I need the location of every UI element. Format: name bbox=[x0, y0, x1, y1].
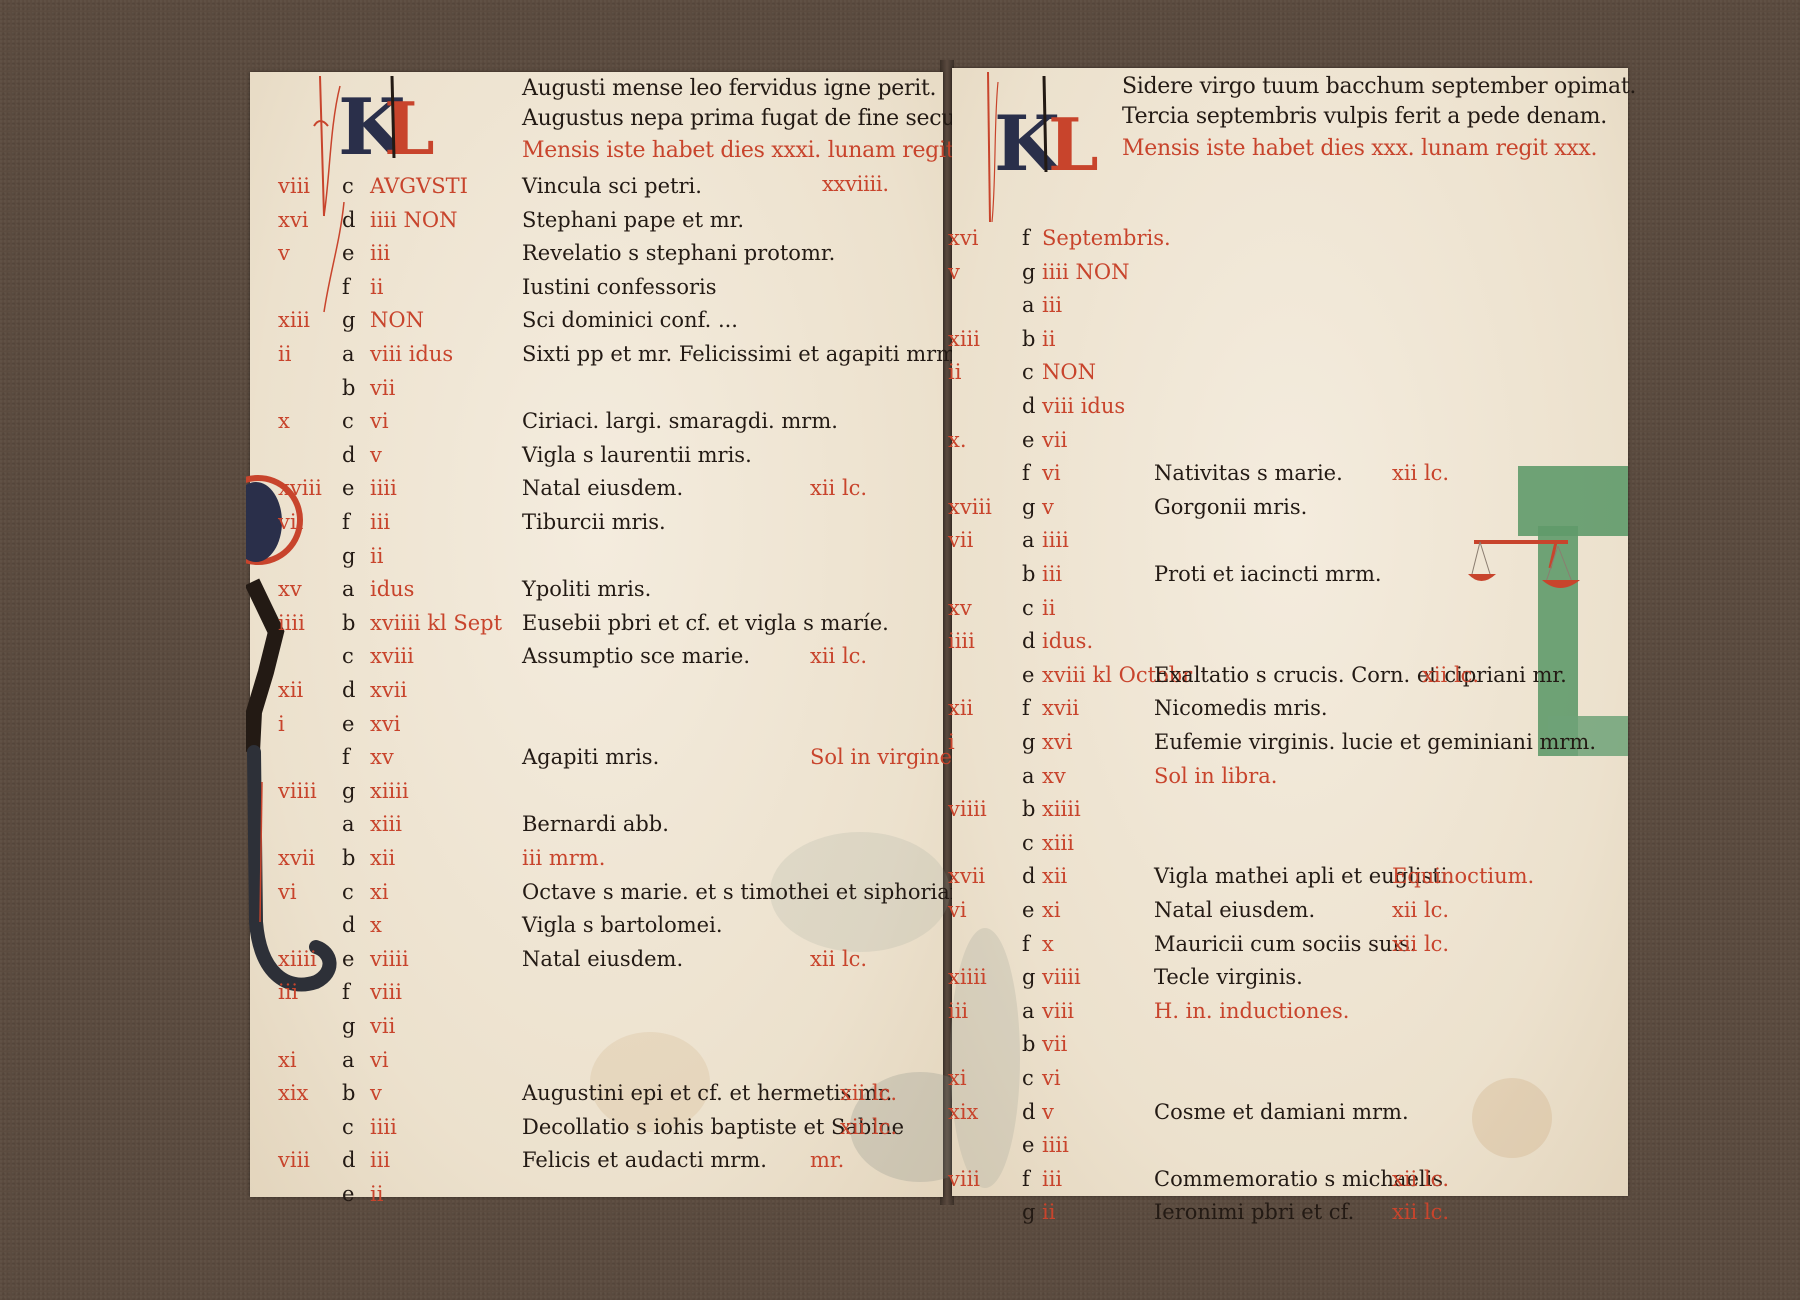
rubric-note: iii mrm. bbox=[522, 848, 605, 869]
dominical-letter: f bbox=[342, 982, 350, 1003]
dominical-letter: e bbox=[1022, 900, 1034, 921]
dominical-letter: d bbox=[342, 210, 355, 231]
rubric-note: Equinoctium. bbox=[1392, 866, 1534, 887]
calendar-row: axiiiBernardi abb. bbox=[250, 814, 943, 844]
dominical-letter: d bbox=[1022, 631, 1035, 652]
feast-text: Eufemie virginis. lucie et geminiani mrm… bbox=[1154, 732, 1596, 753]
roman-date: viiii bbox=[1042, 967, 1081, 988]
rubric-note: xii lc. bbox=[1392, 463, 1449, 484]
roman-date: viii bbox=[370, 982, 402, 1003]
roman-date: iiii NON bbox=[370, 210, 458, 231]
feast-text: Cosme et damiani mrm. bbox=[1154, 1102, 1409, 1123]
dominical-letter: a bbox=[342, 344, 355, 365]
dominical-letter: e bbox=[1022, 430, 1034, 451]
calendar-row: iiiibxviiii kl SeptEusebii pbri et cf. e… bbox=[250, 613, 943, 643]
feast-text: Nativitas s marie. bbox=[1154, 463, 1343, 484]
month-rubric: Mensis iste habet dies xxx. lunam regit … bbox=[1122, 138, 1597, 160]
roman-date: xviii bbox=[370, 646, 414, 667]
golden-number: xv bbox=[278, 579, 302, 600]
roman-date: ii bbox=[370, 277, 383, 298]
calendar-row: gii bbox=[250, 546, 943, 576]
dominical-letter: g bbox=[342, 310, 355, 331]
dominical-letter: c bbox=[1022, 598, 1034, 619]
calendar-row: viiidiiiFelicis et audacti mrm.mr. bbox=[250, 1150, 943, 1180]
dominical-letter: f bbox=[1022, 698, 1030, 719]
dominical-letter: b bbox=[342, 848, 355, 869]
dominical-letter: d bbox=[342, 915, 355, 936]
feast-text: Natal eiusdem. bbox=[1154, 900, 1315, 921]
calendar-row: aiii bbox=[952, 295, 1628, 325]
feast-text: Natal eiusdem. bbox=[522, 478, 683, 499]
dominical-letter: d bbox=[342, 1150, 355, 1171]
dominical-letter: e bbox=[342, 243, 354, 264]
rubric-note: xii lc. bbox=[1392, 1202, 1449, 1223]
dominical-letter: e bbox=[342, 714, 354, 735]
calendar-row: igxviEufemie virginis. lucie et geminian… bbox=[952, 732, 1628, 762]
calendar-row: xviidxiiVigla mathei apli et euglisti.Eq… bbox=[952, 866, 1628, 896]
dominical-letter: g bbox=[1022, 262, 1035, 283]
golden-number: vi bbox=[278, 882, 297, 903]
golden-number: xvii bbox=[278, 848, 315, 869]
calendar-row: iiiididus. bbox=[952, 631, 1628, 661]
roman-date: iiii NON bbox=[1042, 262, 1130, 283]
rubric-note: xii lc. bbox=[1392, 934, 1449, 955]
month-rubric: Mensis iste habet dies xxxi. lunam regit bbox=[522, 140, 954, 162]
dominical-letter: c bbox=[342, 1117, 354, 1138]
dominical-letter: d bbox=[1022, 866, 1035, 887]
golden-number: viii bbox=[948, 1169, 980, 1190]
feast-text: Mauricii cum sociis suis. bbox=[1154, 934, 1417, 955]
golden-number: xix bbox=[948, 1102, 978, 1123]
feast-text: Nicomedis mris. bbox=[1154, 698, 1328, 719]
roman-date: iiii bbox=[1042, 1135, 1069, 1156]
roman-date: xiiii bbox=[370, 781, 409, 802]
calendar-row: xixbvAugustini epi et cf. et hermetis mr… bbox=[250, 1083, 943, 1113]
golden-number: v bbox=[948, 262, 960, 283]
roman-date: xvii bbox=[1042, 698, 1079, 719]
dominical-letter: b bbox=[342, 378, 355, 399]
dominical-letter: f bbox=[342, 277, 350, 298]
feast-text: Vincula sci petri. bbox=[522, 176, 702, 197]
rubric-note: xii lc. bbox=[1422, 665, 1479, 686]
calendar-row: xviibxiiiii mrm. bbox=[250, 848, 943, 878]
roman-date: xviiii kl Sept bbox=[370, 613, 502, 634]
dominical-letter: a bbox=[342, 1050, 355, 1071]
calendar-row: ciiiiDecollatio s iohis baptiste et Sabi… bbox=[250, 1117, 943, 1147]
calendar-row: iexvi bbox=[250, 714, 943, 744]
golden-number: i bbox=[948, 732, 955, 753]
roman-date: v bbox=[1042, 497, 1054, 518]
feast-text: Exaltatio s crucis. Corn. et cipriani mr… bbox=[1154, 665, 1567, 686]
dominical-letter: c bbox=[342, 646, 354, 667]
roman-date: NON bbox=[370, 310, 424, 331]
golden-number: vii bbox=[278, 512, 303, 533]
feast-text: Tecle virginis. bbox=[1154, 967, 1303, 988]
rubric-note: xii lc. bbox=[1392, 1169, 1449, 1190]
feast-text: Gorgonii mris. bbox=[1154, 497, 1307, 518]
calendar-row: x.evii bbox=[952, 430, 1628, 460]
feast-text: Felicis et audacti mrm. bbox=[522, 1150, 767, 1171]
feast-text: Vigla s laurentii mris. bbox=[522, 445, 752, 466]
feast-text: Tiburcii mris. bbox=[522, 512, 666, 533]
calendar-row: fviNativitas s marie.xii lc. bbox=[952, 463, 1628, 493]
golden-number: xix bbox=[278, 1083, 308, 1104]
dominical-letter: a bbox=[1022, 766, 1035, 787]
calendar-row: eii bbox=[250, 1184, 943, 1214]
feast-text: Vigla s bartolomei. bbox=[522, 915, 723, 936]
calendar-row: xvifSeptembris. bbox=[952, 228, 1628, 258]
roman-date: viii idus bbox=[1042, 396, 1125, 417]
roman-date: xii bbox=[370, 848, 395, 869]
roman-date: xi bbox=[1042, 900, 1061, 921]
roman-date: iii bbox=[370, 243, 390, 264]
golden-number: iii bbox=[278, 982, 298, 1003]
roman-date: vi bbox=[370, 411, 389, 432]
calendar-row: xiavi bbox=[250, 1050, 943, 1080]
golden-number: xiiii bbox=[948, 967, 987, 988]
roman-date: v bbox=[1042, 1102, 1054, 1123]
roman-date: x bbox=[1042, 934, 1054, 955]
calendar-row: vicxiOctave s marie. et s timothei et si… bbox=[250, 882, 943, 912]
dominical-letter: g bbox=[342, 546, 355, 567]
dominical-letter: e bbox=[342, 949, 354, 970]
calendar-row: biiiProti et iacincti mrm. bbox=[952, 564, 1628, 594]
dominical-letter: f bbox=[342, 512, 350, 533]
dominical-letter: g bbox=[1022, 967, 1035, 988]
dominical-letter: f bbox=[1022, 463, 1030, 484]
dominical-letter: e bbox=[1022, 1135, 1034, 1156]
dominical-letter: a bbox=[342, 579, 355, 600]
golden-number: i bbox=[278, 714, 285, 735]
dominical-letter: g bbox=[342, 1016, 355, 1037]
golden-number: xviii bbox=[278, 478, 322, 499]
rubric-note: mr. bbox=[810, 1150, 844, 1171]
golden-number: x. bbox=[948, 430, 967, 451]
golden-number: vii bbox=[948, 530, 973, 551]
calendar-row: viifiiiTiburcii mris. bbox=[250, 512, 943, 542]
roman-date: xvii bbox=[370, 680, 407, 701]
roman-date: xiiii bbox=[1042, 799, 1081, 820]
calendar-row: dxVigla s bartolomei. bbox=[250, 915, 943, 945]
calendar-row: xvidiiii NONStephani pape et mr. bbox=[250, 210, 943, 240]
feast-text: Augustini epi et cf. et hermetis mr. bbox=[522, 1083, 892, 1104]
calendar-row: dviii idus bbox=[952, 396, 1628, 426]
feast-text: Assumptio sce marie. bbox=[522, 646, 750, 667]
dominical-letter: f bbox=[1022, 228, 1030, 249]
calendar-row: fiiIustini confessoris bbox=[250, 277, 943, 307]
golden-number: xviii bbox=[948, 497, 992, 518]
dominical-letter: e bbox=[342, 478, 354, 499]
rubric-note: xii lc. bbox=[810, 949, 867, 970]
dominical-letter: c bbox=[1022, 833, 1034, 854]
golden-number: xv bbox=[948, 598, 972, 619]
feast-text: Iustini confessoris bbox=[522, 277, 717, 298]
dominical-letter: g bbox=[342, 781, 355, 802]
right-page-september: K L Sidere virgo tuum bacchum september … bbox=[952, 68, 1628, 1196]
golden-number: xvi bbox=[948, 228, 978, 249]
dominical-letter: d bbox=[342, 445, 355, 466]
roman-date: xiii bbox=[1042, 833, 1074, 854]
dominical-letter: a bbox=[1022, 1001, 1035, 1022]
rubric-note: Sol in libra. bbox=[1154, 766, 1277, 787]
dominical-letter: d bbox=[1022, 1102, 1035, 1123]
feast-text: Agapiti mris. bbox=[522, 747, 659, 768]
dominical-letter: g bbox=[1022, 1202, 1035, 1223]
rubric-note: Sol in virgine. bbox=[810, 747, 959, 768]
golden-number: ii bbox=[948, 362, 961, 383]
golden-number: xii bbox=[948, 698, 973, 719]
rubric-note: xii lc. bbox=[810, 646, 867, 667]
calendar-row: iiaviii idusSixti pp et mr. Felicissimi … bbox=[250, 344, 943, 374]
calendar-row: viiiigxiiii bbox=[250, 781, 943, 811]
roman-date: vi bbox=[370, 1050, 389, 1071]
rubric-note: xii lc. bbox=[840, 1083, 897, 1104]
dominical-letter: g bbox=[1022, 497, 1035, 518]
golden-number: xii bbox=[278, 680, 303, 701]
dominical-letter: b bbox=[1022, 329, 1035, 350]
calendar-row: iicNON bbox=[952, 362, 1628, 392]
dominical-letter: e bbox=[342, 1184, 354, 1205]
calendar-row: xiiibii bbox=[952, 329, 1628, 359]
roman-date: idus bbox=[370, 579, 414, 600]
verse-line-1: Augusti mense leo fervidus igne perit. bbox=[522, 78, 936, 100]
calendar-row: cxiii bbox=[952, 833, 1628, 863]
calendar-row: viexiNatal eiusdem.xii lc. bbox=[952, 900, 1628, 930]
roman-date: xvi bbox=[1042, 732, 1072, 753]
roman-date: viiii bbox=[370, 949, 409, 970]
dominical-letter: b bbox=[1022, 799, 1035, 820]
calendar-row: xviiieiiiiNatal eiusdem.xii lc. bbox=[250, 478, 943, 508]
calendar-row: viiicAVGVSTIVincula sci petri. bbox=[250, 176, 943, 206]
feast-text: Proti et iacincti mrm. bbox=[1154, 564, 1382, 585]
roman-date: v bbox=[370, 445, 382, 466]
svg-text:L: L bbox=[1048, 102, 1099, 187]
golden-number: viiii bbox=[278, 781, 317, 802]
calendar-row: fxMauricii cum sociis suis.xii lc. bbox=[952, 934, 1628, 964]
dominical-letter: f bbox=[1022, 1169, 1030, 1190]
calendar-row: xcviCiriaci. largi. smaragdi. mrm. bbox=[250, 411, 943, 441]
calendar-row: iiiaviiiH. in. inductiones. bbox=[952, 1001, 1628, 1031]
feast-text: Eusebii pbri et cf. et vigla s maríe. bbox=[522, 613, 889, 634]
roman-date: iii bbox=[370, 1150, 390, 1171]
calendar-row: xvcii bbox=[952, 598, 1628, 628]
kl-initial-icon: K L bbox=[982, 62, 1122, 232]
calendar-row: iiifviii bbox=[250, 982, 943, 1012]
calendar-row: veiiiRevelatio s stephani protomr. bbox=[250, 243, 943, 273]
feast-text: Bernardi abb. bbox=[522, 814, 669, 835]
calendar-row: fxvAgapiti mris.Sol in virgine. bbox=[250, 747, 943, 777]
roman-date: v bbox=[370, 1083, 382, 1104]
golden-number: v bbox=[278, 243, 290, 264]
roman-date: ii bbox=[1042, 598, 1055, 619]
calendar-row: cxviiiAssumptio sce marie.xii lc. bbox=[250, 646, 943, 676]
calendar-row: bvii bbox=[952, 1034, 1628, 1064]
golden-number: iiii bbox=[278, 613, 305, 634]
dominical-letter: d bbox=[1022, 396, 1035, 417]
golden-number: viiii bbox=[948, 799, 987, 820]
calendar-row: xicvi bbox=[952, 1068, 1628, 1098]
roman-date: iii bbox=[370, 512, 390, 533]
calendar-row: dvVigla s laurentii mris. bbox=[250, 445, 943, 475]
roman-date: iii bbox=[1042, 1169, 1062, 1190]
dominical-letter: d bbox=[342, 680, 355, 701]
roman-date: vii bbox=[1042, 430, 1067, 451]
feast-text: Sixti pp et mr. Felicissimi et agapiti m… bbox=[522, 344, 963, 365]
dominical-letter: f bbox=[342, 747, 350, 768]
calendar-row: xiiiieviiiiNatal eiusdem.xii lc. bbox=[250, 949, 943, 979]
golden-number: xiii bbox=[948, 329, 980, 350]
feast-text: Ciriaci. largi. smaragdi. mrm. bbox=[522, 411, 838, 432]
golden-number: iiii bbox=[948, 631, 975, 652]
roman-date: AVGVSTI bbox=[370, 176, 468, 197]
roman-date: xii bbox=[1042, 866, 1067, 887]
roman-date: iii bbox=[1042, 564, 1062, 585]
golden-number: xi bbox=[278, 1050, 297, 1071]
roman-date: ii bbox=[1042, 329, 1055, 350]
calendar-row: xiiigNONSci dominici conf. ... bbox=[250, 310, 943, 340]
dominical-letter: e bbox=[1022, 665, 1034, 686]
roman-date: ii bbox=[370, 546, 383, 567]
golden-number: ii bbox=[278, 344, 291, 365]
dominical-letter: c bbox=[1022, 1068, 1034, 1089]
calendar-row: eiiii bbox=[952, 1135, 1628, 1165]
feast-text: Ieronimi pbri et cf. bbox=[1154, 1202, 1354, 1223]
feast-text: Revelatio s stephani protomr. bbox=[522, 243, 835, 264]
roman-date: ii bbox=[370, 1184, 383, 1205]
feast-text: Octave s marie. et s timothei et siphori… bbox=[522, 882, 970, 903]
roman-date: x bbox=[370, 915, 382, 936]
calendar-row: axvSol in libra. bbox=[952, 766, 1628, 796]
roman-date: xiii bbox=[370, 814, 402, 835]
rubric-note: xii lc. bbox=[1392, 900, 1449, 921]
dominical-letter: c bbox=[1022, 362, 1034, 383]
rubric-note: H. in. inductiones. bbox=[1154, 1001, 1349, 1022]
roman-date: vi bbox=[1042, 1068, 1061, 1089]
roman-date: iiii bbox=[370, 1117, 397, 1138]
roman-date: xv bbox=[1042, 766, 1066, 787]
roman-date: xv bbox=[370, 747, 394, 768]
calendar-row: exviii kl OctobrExaltatio s crucis. Corn… bbox=[952, 665, 1628, 695]
golden-number: vi bbox=[948, 900, 967, 921]
calendar-row: xiiiigviiiiTecle virginis. bbox=[952, 967, 1628, 997]
dominical-letter: c bbox=[342, 411, 354, 432]
calendar-row: giiIeronimi pbri et cf.xii lc. bbox=[952, 1202, 1628, 1232]
verse-line-2: Tercia septembris vulpis ferit a pede de… bbox=[1122, 106, 1607, 128]
golden-number: xvii bbox=[948, 866, 985, 887]
roman-date: viii bbox=[1042, 1001, 1074, 1022]
dominical-letter: b bbox=[1022, 564, 1035, 585]
roman-date: xvi bbox=[370, 714, 400, 735]
golden-number: xi bbox=[948, 1068, 967, 1089]
roman-date: vii bbox=[370, 1016, 395, 1037]
roman-date: iiii bbox=[1042, 530, 1069, 551]
dominical-letter: a bbox=[1022, 295, 1035, 316]
roman-date: vi bbox=[1042, 463, 1061, 484]
calendar-row: gvii bbox=[250, 1016, 943, 1046]
roman-date: xi bbox=[370, 882, 389, 903]
calendar-row: viiaiiii bbox=[952, 530, 1628, 560]
roman-date: ii bbox=[1042, 1202, 1055, 1223]
feast-text: Ypoliti mris. bbox=[522, 579, 651, 600]
feast-text: Sci dominici conf. ... bbox=[522, 310, 738, 331]
dominical-letter: c bbox=[342, 882, 354, 903]
dominical-letter: b bbox=[342, 1083, 355, 1104]
roman-date: NON bbox=[1042, 362, 1096, 383]
calendar-row: xvaidusYpoliti mris. bbox=[250, 579, 943, 609]
roman-date: vii bbox=[1042, 1034, 1067, 1055]
golden-number: viii bbox=[278, 1150, 310, 1171]
golden-number: x bbox=[278, 411, 290, 432]
roman-date: viii idus bbox=[370, 344, 453, 365]
calendar-row: bvii bbox=[250, 378, 943, 408]
calendar-row: viiifiiiCommemoratio s michaelisxii lc. bbox=[952, 1169, 1628, 1199]
calendar-row: vgiiii NON bbox=[952, 262, 1628, 292]
rubric-note: xii lc. bbox=[810, 478, 867, 499]
dominical-letter: g bbox=[1022, 732, 1035, 753]
calendar-row: xiifxviiNicomedis mris. bbox=[952, 698, 1628, 728]
dominical-letter: f bbox=[1022, 934, 1030, 955]
dominical-letter: b bbox=[1022, 1034, 1035, 1055]
dominical-letter: a bbox=[1022, 530, 1035, 551]
dominical-letter: c bbox=[342, 176, 354, 197]
calendar-row: xiidxvii bbox=[250, 680, 943, 710]
golden-number: iii bbox=[948, 1001, 968, 1022]
calendar-row: viiiibxiiii bbox=[952, 799, 1628, 829]
dominical-letter: b bbox=[342, 613, 355, 634]
feast-text: Stephani pape et mr. bbox=[522, 210, 744, 231]
calendar-row: xixdvCosme et damiani mrm. bbox=[952, 1102, 1628, 1132]
calendar-row: xviiigvGorgonii mris. bbox=[952, 497, 1628, 527]
left-page-august: K L Augusti mense leo fervidus igne peri… bbox=[250, 72, 943, 1197]
verse-line-2: Augustus nepa prima fugat de fine secund… bbox=[522, 108, 1002, 130]
golden-number: viii bbox=[278, 176, 310, 197]
verse-line-1: Sidere virgo tuum bacchum september opim… bbox=[1122, 76, 1636, 98]
golden-number: xiiii bbox=[278, 949, 317, 970]
golden-number: xvi bbox=[278, 210, 308, 231]
golden-number: xiii bbox=[278, 310, 310, 331]
roman-date: vii bbox=[370, 378, 395, 399]
roman-date: Septembris. bbox=[1042, 228, 1171, 249]
roman-date: idus. bbox=[1042, 631, 1093, 652]
dominical-letter: a bbox=[342, 814, 355, 835]
rubric-note: xii lc. bbox=[840, 1117, 897, 1138]
feast-text: Natal eiusdem. bbox=[522, 949, 683, 970]
roman-date: iii bbox=[1042, 295, 1062, 316]
roman-date: iiii bbox=[370, 478, 397, 499]
